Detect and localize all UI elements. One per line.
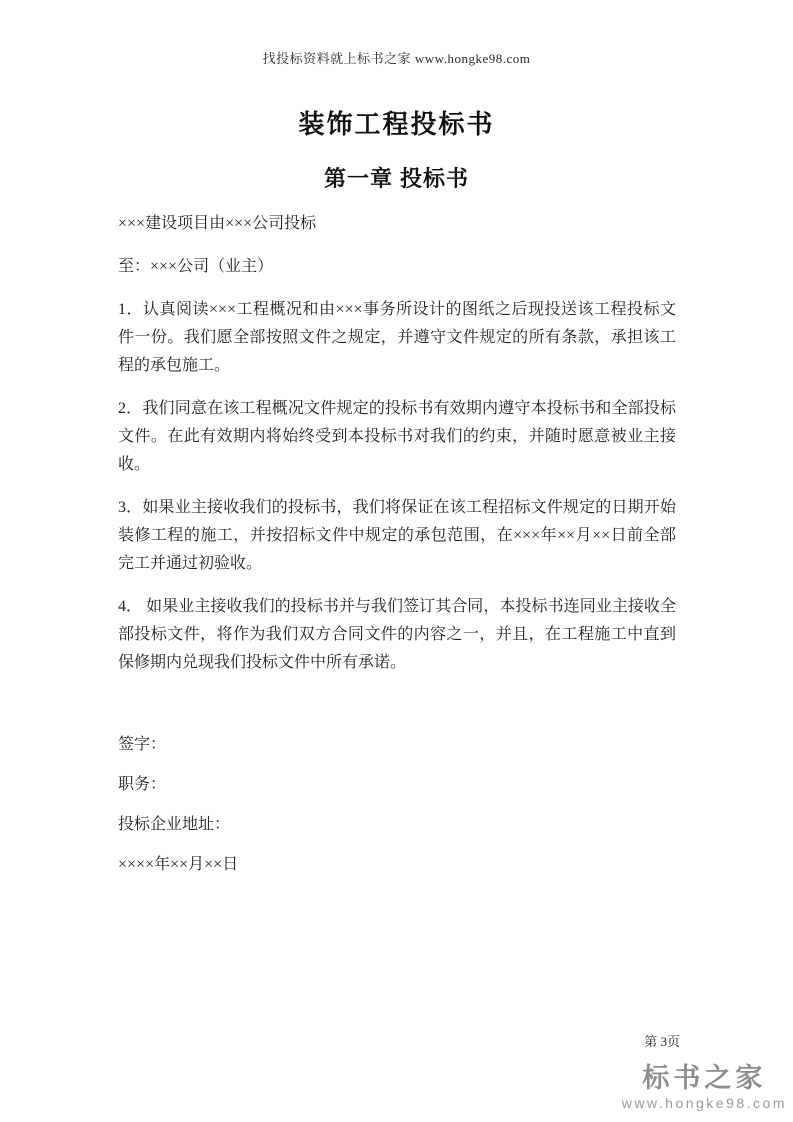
paragraph-clause-1: 1．认真阅读×××工程概况和由×××事务所设计的图纸之后现投送该工程投标文件一份… xyxy=(118,296,676,380)
document-body: ×××建设项目由×××公司投标 至：×××公司（业主） 1．认真阅读×××工程概… xyxy=(118,210,676,879)
paragraph-clause-2: 2．我们同意在该工程概况文件规定的投标书有效期内遵守本投标书和全部投标文件。在此… xyxy=(118,395,676,479)
paragraph-clause-3: 3．如果业主接收我们的投标书，我们将保证在该工程招标文件规定的日期开始装修工程的… xyxy=(118,494,676,578)
watermark-site-url: www.hongke98.com xyxy=(622,1095,787,1111)
watermark-site-name: 标书之家 xyxy=(622,1063,787,1094)
chapter-heading: 第一章 投标书 xyxy=(0,166,793,192)
paragraph-clause-4: 4． 如果业主接收我们的投标书并与我们签订其合同，本投标书连同业主接收全部投标文… xyxy=(118,593,676,677)
page-header: 找投标资料就上标书之家 www.hongke98.com xyxy=(0,0,793,67)
page-footer: 第 3页 xyxy=(644,1034,680,1050)
signature-line-sign: 签字： xyxy=(118,731,676,759)
paragraph-addressee-line: 至：×××公司（业主） xyxy=(118,253,676,281)
page-number: 第 3页 xyxy=(644,1034,680,1049)
paragraph-project-line: ×××建设项目由×××公司投标 xyxy=(118,210,676,238)
signature-block: 签字： 职务： 投标企业地址： ××××年××月××日 xyxy=(118,731,676,879)
signature-line-date: ××××年××月××日 xyxy=(118,851,676,879)
signature-line-address: 投标企业地址： xyxy=(118,811,676,839)
header-site-text: 找投标资料就上标书之家 www.hongke98.com xyxy=(263,51,531,66)
document-page: 找投标资料就上标书之家 www.hongke98.com 装饰工程投标书 第一章… xyxy=(0,0,793,1122)
signature-line-position: 职务： xyxy=(118,771,676,799)
document-title: 装饰工程投标书 xyxy=(0,109,793,139)
watermark-logo: 标书之家 www.hongke98.com xyxy=(622,1063,787,1111)
